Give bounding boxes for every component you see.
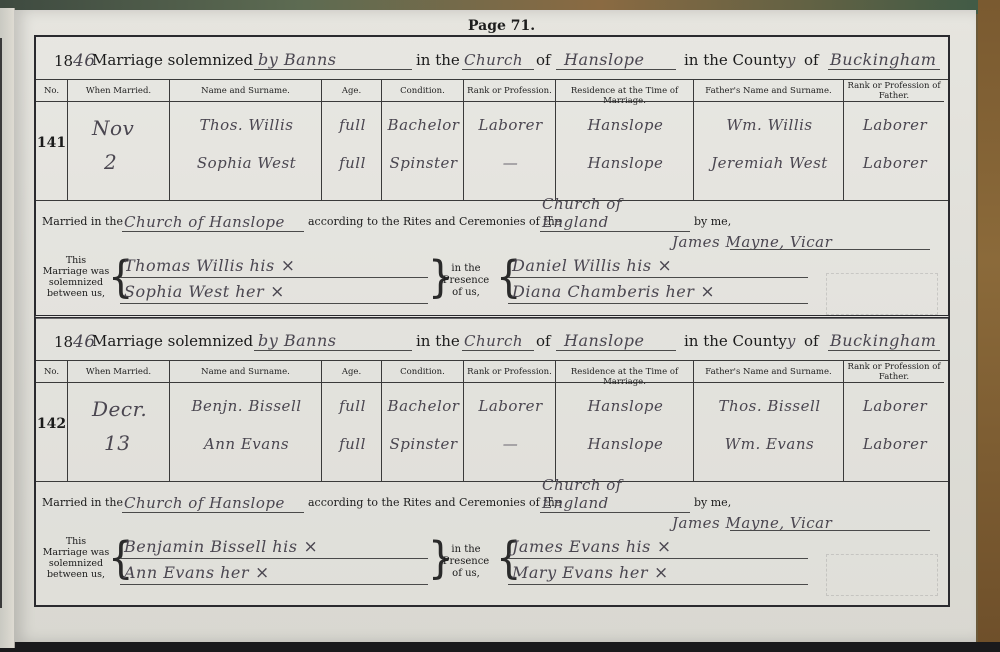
when-month: Decr.	[92, 397, 147, 421]
col-father: Father's Name and Surname. Wm. Willis Je…	[694, 80, 844, 200]
in-the-label: in the	[416, 332, 460, 350]
groom-name: Thos. Willis	[174, 116, 319, 134]
solemnized-between-label: This Marriage was solemnized between us,	[42, 255, 110, 299]
col-header: Name and Surname.	[170, 80, 321, 102]
entry-number: 141	[36, 135, 67, 151]
entry-number: 142	[36, 416, 67, 432]
col-no: No. 142	[36, 361, 68, 481]
marriage-entry: 1846 Marriage solemnized by Banns in the…	[34, 315, 950, 607]
of-label: of	[536, 51, 551, 69]
bride-residence: Hanslope	[560, 154, 691, 172]
mark-x-icon: ×	[281, 256, 296, 276]
rites-label: according to the Rites and Ceremonies of…	[308, 215, 561, 228]
col-header: Condition.	[382, 80, 463, 102]
rites-field: Church of England	[540, 494, 690, 513]
place-type-field: Church	[462, 51, 534, 70]
col-name: Name and Surname. Thos. Willis Sophia We…	[170, 80, 322, 200]
married-in-label: Married in the	[42, 496, 123, 509]
groom-age: full	[326, 397, 379, 415]
solemnized-field: by Banns	[254, 51, 412, 70]
groom-father-rank: Laborer	[848, 397, 942, 415]
mark-x-icon: ×	[658, 256, 673, 276]
bride-father-rank: Laborer	[848, 154, 942, 172]
signature-block: This Marriage was solemnized between us,…	[36, 530, 948, 596]
when-day: 2	[104, 150, 117, 174]
place-type-field: Church	[462, 332, 534, 351]
of-label: of	[536, 332, 551, 350]
bride-residence: Hanslope	[560, 435, 691, 453]
solemnized-label: Marriage solemnized	[92, 332, 253, 350]
groom-residence: Hanslope	[560, 397, 691, 415]
entry-header: 1846 Marriage solemnized by Banns in the…	[36, 37, 948, 79]
mark-x-icon: ×	[270, 282, 285, 302]
col-header: Residence at the Time of Marriage.	[556, 361, 693, 383]
faint-show-through	[826, 273, 938, 315]
facing-page-border	[0, 38, 2, 608]
col-name: Name and Surname. Benjn. Bissell Ann Eva…	[170, 361, 322, 481]
groom-residence: Hanslope	[560, 116, 691, 134]
col-header: Name and Surname.	[170, 361, 321, 383]
groom-name: Benjn. Bissell	[174, 397, 319, 415]
col-header: When Married.	[68, 361, 169, 383]
county-field: Buckingham	[828, 51, 940, 70]
county-of-label: of	[804, 51, 819, 69]
when-day: 13	[104, 431, 130, 455]
col-header: No.	[36, 361, 67, 383]
col-when-married: When Married. Decr. 13	[68, 361, 170, 481]
entry-header: 1846 Marriage solemnized by Banns in the…	[36, 318, 948, 360]
register-page: Page 71. 1846 Marriage solemnized by Ban…	[14, 10, 976, 642]
mark-x-icon: ×	[255, 563, 270, 583]
mark-x-icon: ×	[657, 537, 672, 557]
book-cover-bottom	[0, 642, 1000, 652]
groom-father: Thos. Bissell	[698, 397, 841, 415]
bride-condition: Spinster	[386, 435, 461, 453]
mark-x-icon: ×	[303, 537, 318, 557]
col-header: Rank or Profession of Father.	[844, 80, 944, 102]
bride-father-rank: Laborer	[848, 435, 942, 453]
col-header: Residence at the Time of Marriage.	[556, 80, 693, 102]
col-header: Rank or Profession.	[464, 80, 555, 102]
bride-rank: —	[468, 435, 553, 453]
married-in-label: Married in the	[42, 215, 123, 228]
rites-label: according to the Rites and Ceremonies of…	[308, 496, 561, 509]
county-of-label: of	[804, 332, 819, 350]
party-signature-2: Sophia West her×	[120, 285, 428, 304]
year-label: 1846	[54, 332, 96, 352]
county-label: in the Countyy	[684, 332, 796, 350]
marriage-entry: 1846 Marriage solemnized by Banns in the…	[34, 35, 950, 319]
signature-block: This Marriage was solemnized between us,…	[36, 249, 948, 315]
bride-name: Ann Evans	[174, 435, 319, 453]
col-header: Father's Name and Surname.	[694, 80, 843, 102]
year-label: 1846	[54, 51, 96, 71]
col-when-married: When Married. Nov 2	[68, 80, 170, 200]
col-age: Age. full full	[322, 80, 382, 200]
groom-father: Wm. Willis	[698, 116, 841, 134]
county-label: in the Countyy	[684, 51, 796, 69]
party-signature-1: Benjamin Bissell his×	[120, 540, 428, 559]
bride-age: full	[326, 154, 379, 172]
col-header: Age.	[322, 80, 381, 102]
married-in-field: Church of Hanslope	[122, 213, 304, 232]
bride-condition: Spinster	[386, 154, 461, 172]
party-signature-1: Thomas Willis his×	[120, 259, 428, 278]
witness-signature-1: Daniel Willis his×	[508, 259, 808, 278]
bride-father: Wm. Evans	[698, 435, 841, 453]
bride-rank: —	[468, 154, 553, 172]
by-me-label: by me,	[694, 215, 731, 228]
witness-signature-2: Mary Evans her×	[508, 566, 808, 585]
col-header: Condition.	[382, 361, 463, 383]
groom-rank: Laborer	[468, 116, 553, 134]
mark-x-icon: ×	[654, 563, 669, 583]
rites-field: Church of England	[540, 213, 690, 232]
witness-signature-1: James Evans his×	[508, 540, 808, 559]
col-condition: Condition. Bachelor Spinster	[382, 361, 464, 481]
col-age: Age. full full	[322, 361, 382, 481]
presence-label: in the Presence of us,	[440, 263, 492, 299]
party-signature-2: Ann Evans her×	[120, 566, 428, 585]
col-father: Father's Name and Surname. Thos. Bissell…	[694, 361, 844, 481]
faint-show-through	[826, 554, 938, 596]
col-father-rank: Rank or Profession of Father. Laborer La…	[844, 361, 944, 481]
col-header: Rank or Profession.	[464, 361, 555, 383]
book-cover-edge	[978, 0, 1000, 652]
col-father-rank: Rank or Profession of Father. Laborer La…	[844, 80, 944, 200]
col-condition: Condition. Bachelor Spinster	[382, 80, 464, 200]
witness-signature-2: Diana Chamberis her×	[508, 285, 808, 304]
groom-condition: Bachelor	[386, 397, 461, 415]
col-no: No. 141	[36, 80, 68, 200]
presence-label: in the Presence of us,	[440, 544, 492, 580]
married-in-field: Church of Hanslope	[122, 494, 304, 513]
bride-father: Jeremiah West	[698, 154, 841, 172]
groom-age: full	[326, 116, 379, 134]
when-month: Nov	[92, 116, 134, 140]
parish-field: Hanslope	[556, 51, 676, 70]
groom-rank: Laborer	[468, 397, 553, 415]
groom-father-rank: Laborer	[848, 116, 942, 134]
solemnized-field: by Banns	[254, 332, 412, 351]
in-the-label: in the	[416, 51, 460, 69]
col-header: When Married.	[68, 80, 169, 102]
page-number: Page 71.	[468, 18, 535, 34]
col-rank: Rank or Profession. Laborer —	[464, 80, 556, 200]
by-me-label: by me,	[694, 496, 731, 509]
mark-x-icon: ×	[700, 282, 715, 302]
col-rank: Rank or Profession. Laborer —	[464, 361, 556, 481]
bride-name: Sophia West	[174, 154, 319, 172]
entry-table: No. 142 When Married. Decr. 13 Name and …	[36, 360, 948, 482]
col-header: Father's Name and Surname.	[694, 361, 843, 383]
solemnized-between-label: This Marriage was solemnized between us,	[42, 536, 110, 580]
groom-condition: Bachelor	[386, 116, 461, 134]
col-residence: Residence at the Time of Marriage. Hansl…	[556, 80, 694, 200]
col-residence: Residence at the Time of Marriage. Hansl…	[556, 361, 694, 481]
facing-page-edge	[0, 8, 15, 648]
col-header: Age.	[322, 361, 381, 383]
parish-field: Hanslope	[556, 332, 676, 351]
county-field: Buckingham	[828, 332, 940, 351]
col-header: Rank or Profession of Father.	[844, 361, 944, 383]
entry-table: No. 141 When Married. Nov 2 Name and Sur…	[36, 79, 948, 201]
bride-age: full	[326, 435, 379, 453]
col-header: No.	[36, 80, 67, 102]
solemnized-label: Marriage solemnized	[92, 51, 253, 69]
